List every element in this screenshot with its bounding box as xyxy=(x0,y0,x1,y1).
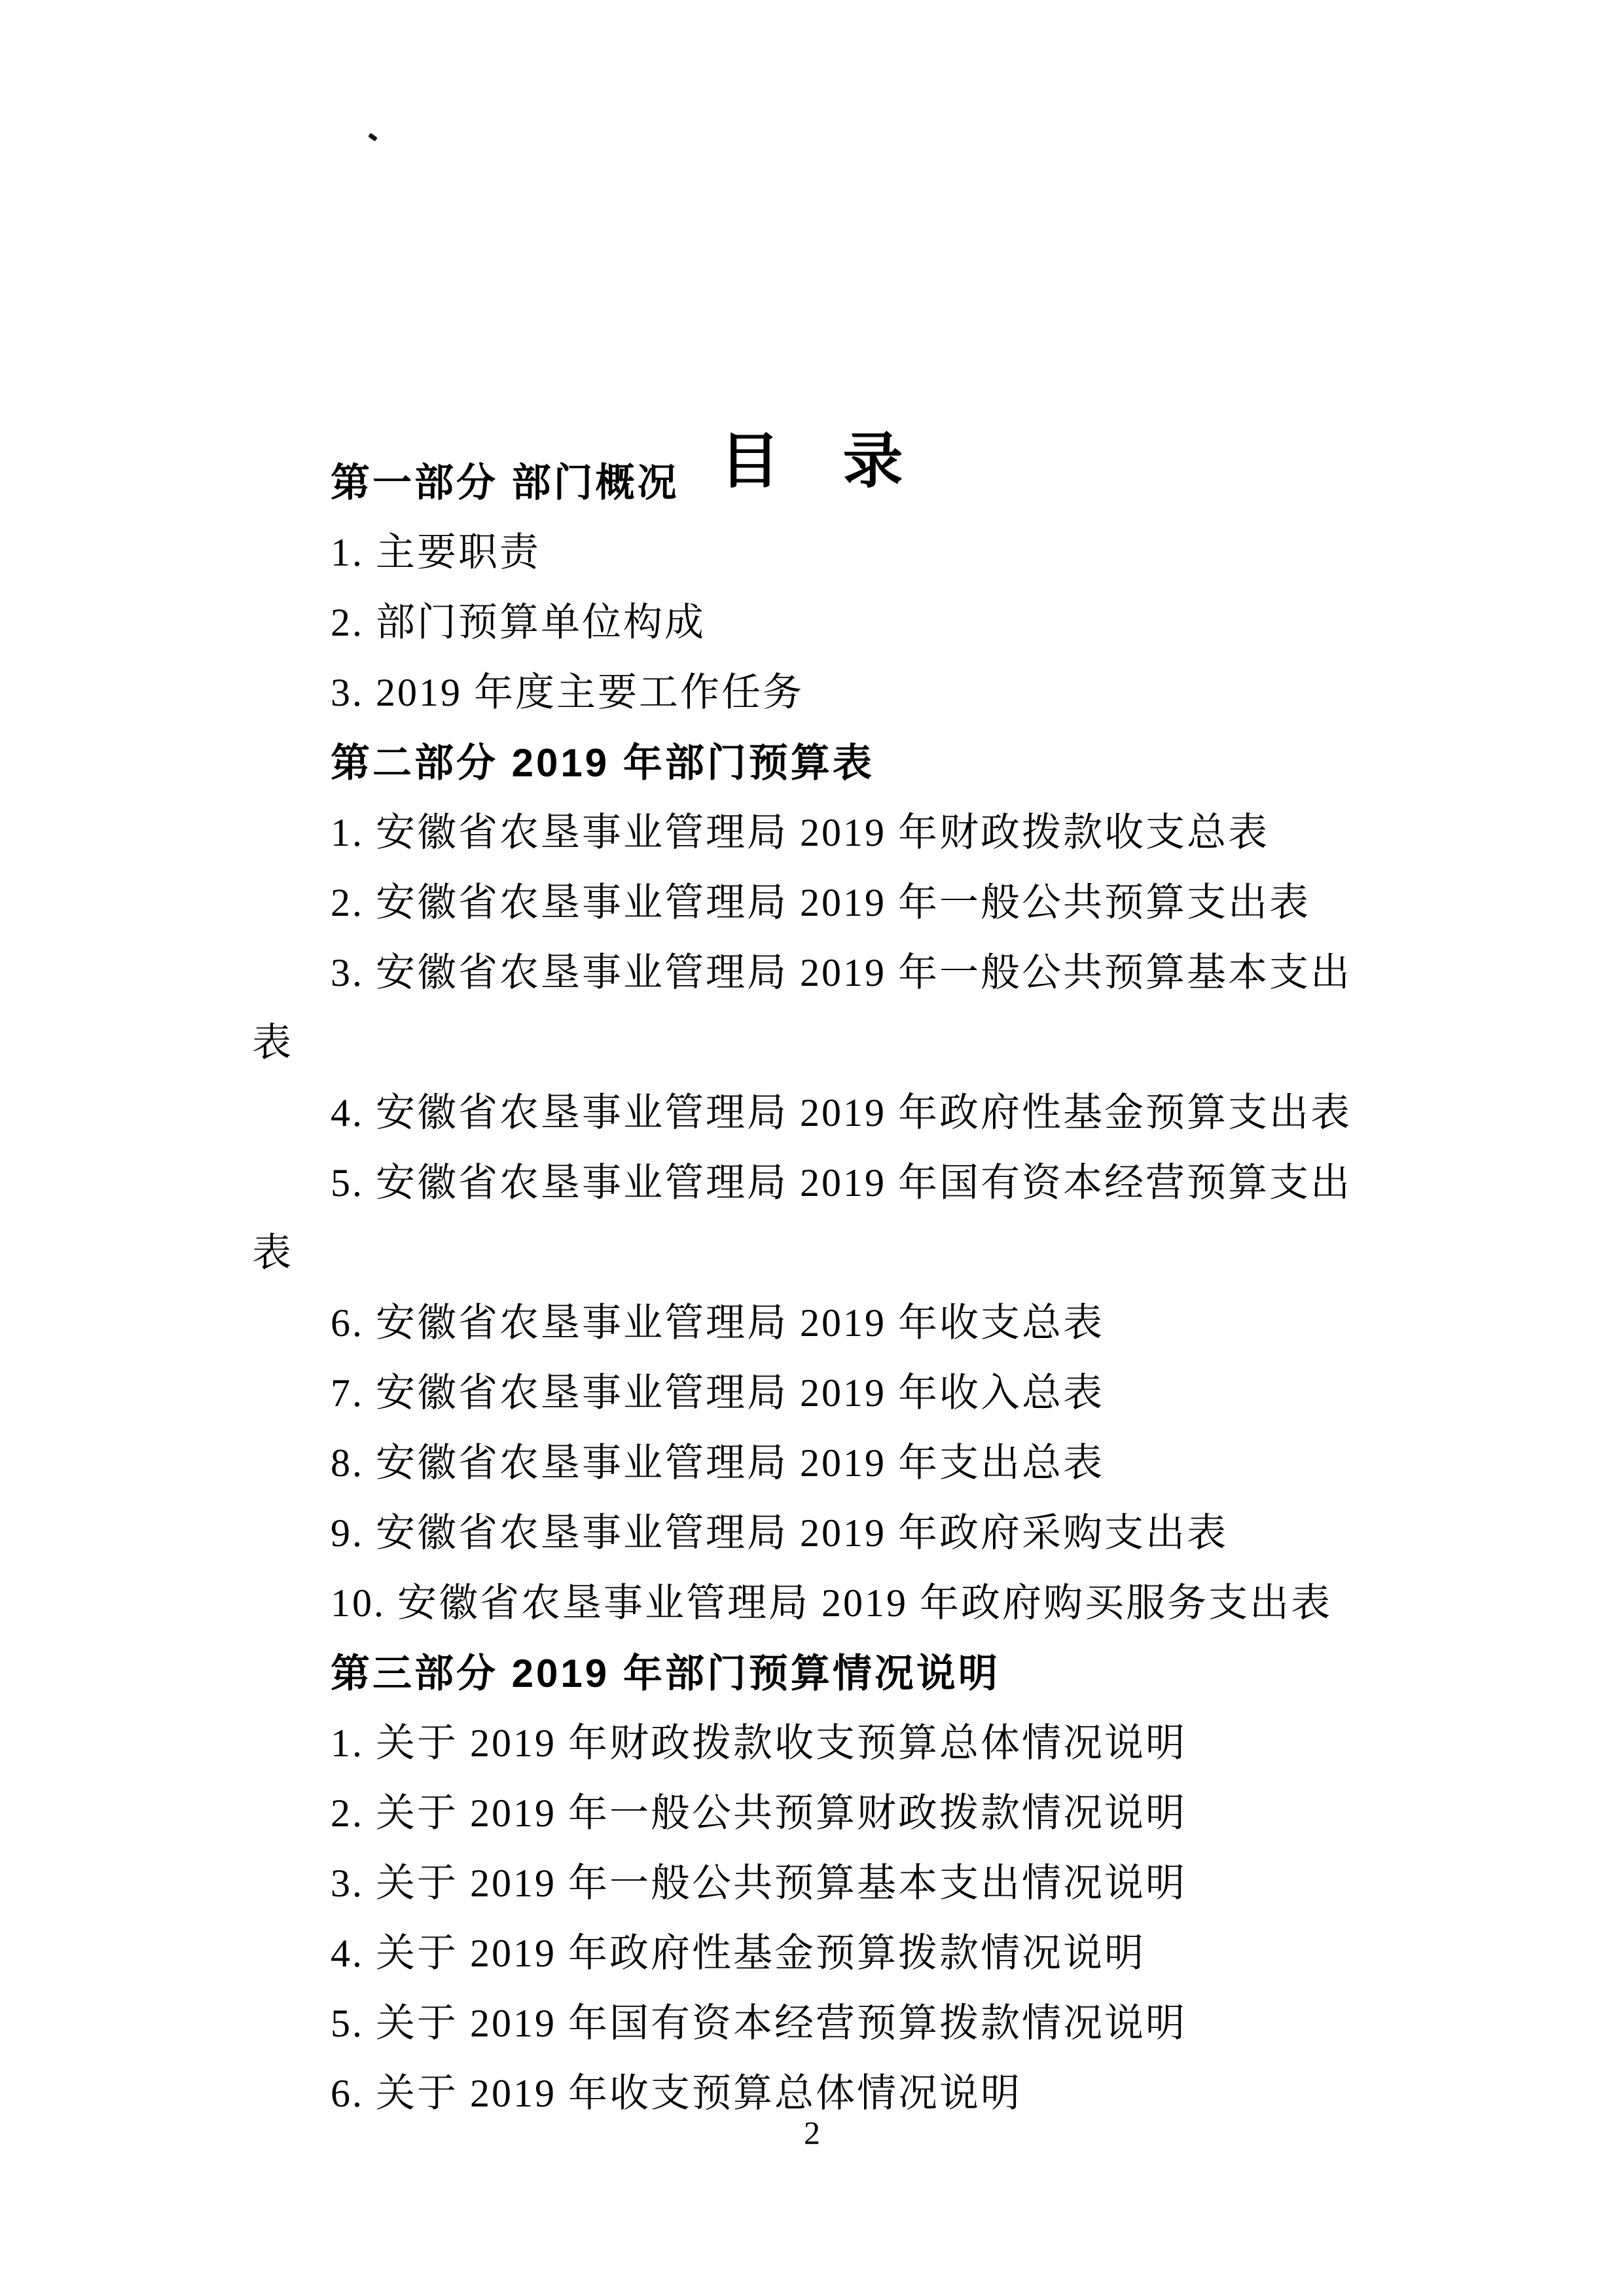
toc-item-line: 3. 安徽省农垦事业管理局 2019 年一般公共预算基本支出 xyxy=(0,938,1624,1008)
page-number: 2 xyxy=(0,2113,1624,2152)
document-page: 目 录 第一部分 部门概况1. 主要职责2. 部门预算单位构成3. 2019 年… xyxy=(0,0,1624,2295)
toc-item-line: 4. 关于 2019 年政府性基金预算拨款情况说明 xyxy=(0,1919,1624,1989)
toc-item-line: 4. 安徽省农垦事业管理局 2019 年政府性基金预算支出表 xyxy=(0,1078,1624,1148)
toc-section-heading: 第一部分 部门概况 xyxy=(0,448,1624,518)
toc-item-line: 5. 关于 2019 年国有资本经营预算拨款情况说明 xyxy=(0,1989,1624,2059)
toc-section-heading: 第二部分 2019 年部门预算表 xyxy=(0,728,1624,798)
toc-item-line: 7. 安徽省农垦事业管理局 2019 年收入总表 xyxy=(0,1358,1624,1428)
toc-item-line: 3. 2019 年度主要工作任务 xyxy=(0,658,1624,728)
toc-item-line: 3. 关于 2019 年一般公共预算基本支出情况说明 xyxy=(0,1849,1624,1919)
toc-item-line: 2. 安徽省农垦事业管理局 2019 年一般公共预算支出表 xyxy=(0,868,1624,938)
toc-list: 第一部分 部门概况1. 主要职责2. 部门预算单位构成3. 2019 年度主要工… xyxy=(0,448,1624,2129)
toc-item-line: 5. 安徽省农垦事业管理局 2019 年国有资本经营预算支出 xyxy=(0,1148,1624,1218)
toc-item-line: 1. 关于 2019 年财政拨款收支预算总体情况说明 xyxy=(0,1708,1624,1779)
toc-item-line: 8. 安徽省农垦事业管理局 2019 年支出总表 xyxy=(0,1428,1624,1498)
toc-continuation-line: 表 xyxy=(0,1008,1624,1078)
scan-artifact-dot xyxy=(368,133,378,141)
toc-item-line: 2. 关于 2019 年一般公共预算财政拨款情况说明 xyxy=(0,1779,1624,1849)
toc-item-line: 9. 安徽省农垦事业管理局 2019 年政府采购支出表 xyxy=(0,1498,1624,1568)
toc-continuation-line: 表 xyxy=(0,1218,1624,1288)
toc-item-line: 10. 安徽省农垦事业管理局 2019 年政府购买服务支出表 xyxy=(0,1568,1624,1638)
toc-item-line: 1. 安徽省农垦事业管理局 2019 年财政拨款收支总表 xyxy=(0,798,1624,868)
toc-item-line: 1. 主要职责 xyxy=(0,518,1624,588)
toc-item-line: 2. 部门预算单位构成 xyxy=(0,588,1624,658)
toc-section-heading: 第三部分 2019 年部门预算情况说明 xyxy=(0,1638,1624,1708)
toc-item-line: 6. 安徽省农垦事业管理局 2019 年收支总表 xyxy=(0,1288,1624,1358)
